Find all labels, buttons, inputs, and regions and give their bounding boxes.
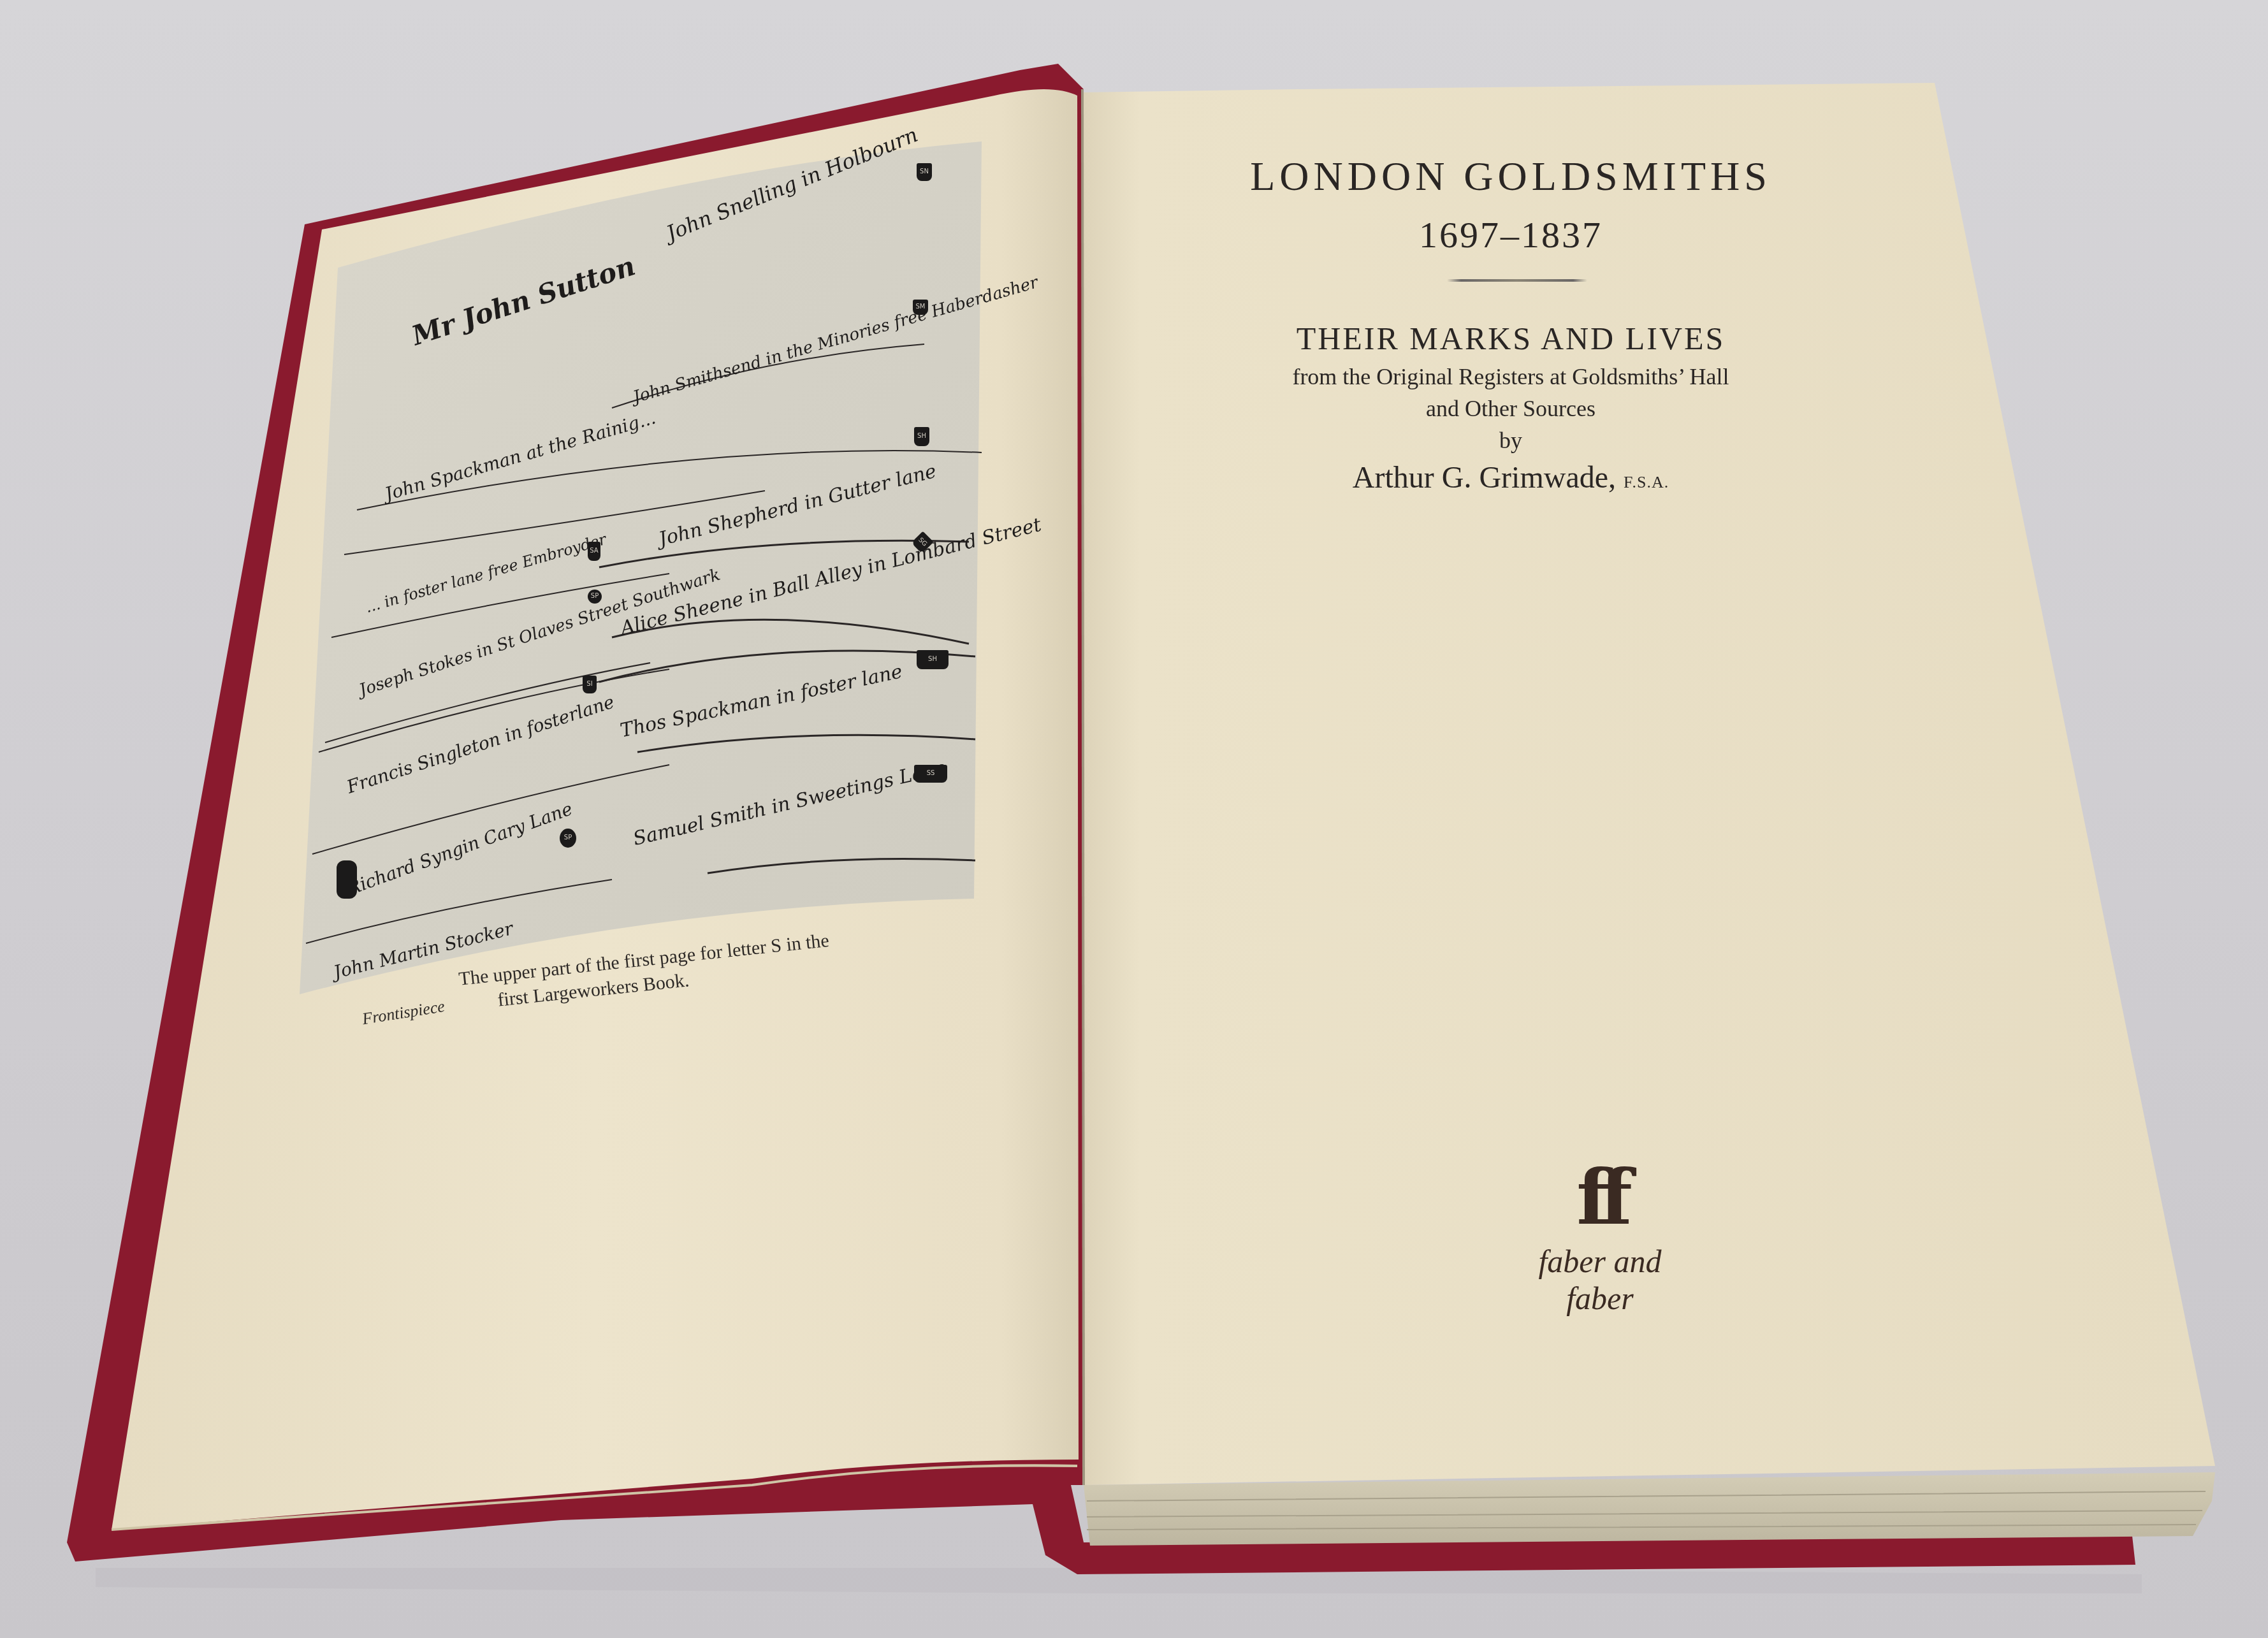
subtitle-from-line: from the Original Registers at Goldsmith… [1084, 363, 1938, 390]
subtitle-other-line: and Other Sources [1084, 395, 1938, 422]
maker-mark-icon: SM [913, 300, 928, 315]
faber-ff-logo-icon: ff [1504, 1160, 1696, 1236]
maker-mark-icon: SP [560, 829, 576, 848]
author-text: Arthur G. Grimwade, [1353, 461, 1616, 495]
book-years: 1697–1837 [1084, 214, 1938, 256]
right-page-edges [1084, 1472, 2215, 1546]
maker-mark-icon: SP [588, 590, 602, 604]
maker-mark-ink-blot [337, 860, 357, 899]
book-subtitle: THEIR MARKS AND LIVES [1084, 320, 1938, 357]
maker-mark-icon: SS [914, 765, 947, 783]
maker-mark-icon: SH [914, 427, 929, 446]
by-line: by [1084, 427, 1938, 454]
maker-mark-icon: SN [917, 163, 932, 181]
author-suffix: F.S.A. [1624, 473, 1669, 491]
maker-mark-icon: SH [917, 650, 949, 669]
ornamental-rule [1447, 279, 1587, 282]
publisher-imprint: ff faber and faber [1504, 1160, 1696, 1317]
author-name: Arthur G. Grimwade, F.S.A. [1084, 460, 1938, 495]
gutter [1082, 89, 1084, 1485]
publisher-name: faber and faber [1504, 1243, 1696, 1317]
book-title: LONDON GOLDSMITHS [1084, 153, 1938, 200]
maker-mark-icon: SA [588, 542, 600, 561]
maker-mark-icon: SI [583, 676, 597, 693]
